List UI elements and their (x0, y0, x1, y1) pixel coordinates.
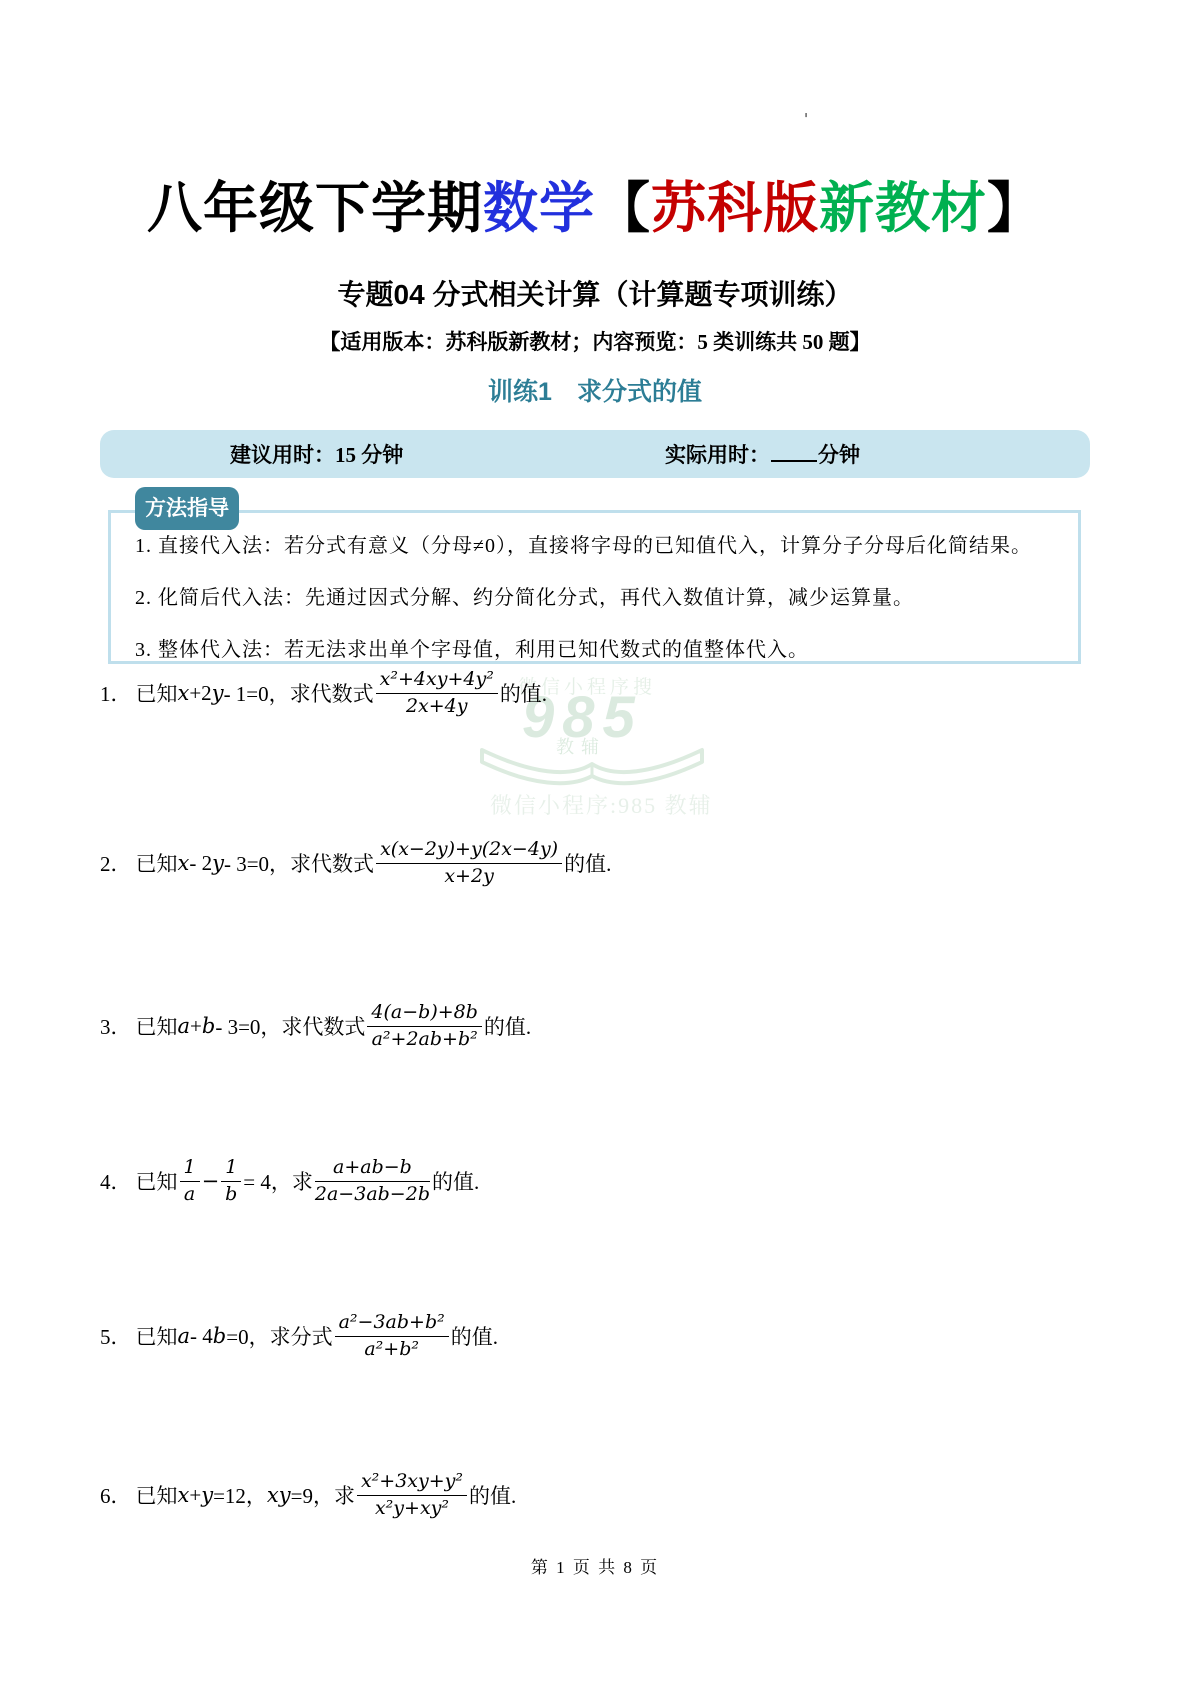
fraction-denominator: a²+b² (335, 1337, 449, 1362)
fraction: x²+4xy+4y²2x+4y (376, 668, 498, 719)
title-part: 苏科版 (651, 177, 819, 239)
book-icon (476, 742, 708, 793)
problem-text: 的值. (564, 848, 611, 878)
fraction-numerator: x²+4xy+4y² (376, 668, 498, 694)
document-title: 八年级下学期数学【苏科版新教材】 (0, 177, 1190, 239)
actual-time-prefix: 实际用时： (665, 443, 770, 467)
fraction: a²−3ab+b²a²+b² (335, 1311, 449, 1362)
math-expression: x (178, 851, 190, 875)
method-guide-box: 1. 直接代入法：若分式有意义（分母≠0），直接将字母的已知值代入，计算分子分母… (108, 510, 1081, 664)
method-guide-list: 1. 直接代入法：若分式有意义（分母≠0），直接将字母的已知值代入，计算分子分母… (135, 533, 1060, 663)
problem-text: 已知 (136, 678, 178, 708)
problem-number: 4． (100, 1166, 132, 1196)
fraction-numerator: 1 (180, 1156, 200, 1182)
problem-text: + (190, 1014, 202, 1039)
fraction-numerator: x(x−2y)+y(2x−4y) (376, 838, 562, 864)
title-part: 数学 (483, 177, 595, 239)
method-item: 3. 整体代入法：若无法求出单个字母值，利用已知代数式的值整体代入。 (135, 637, 1060, 663)
problem-text: +2 (189, 681, 211, 706)
fraction: 4(a−b)+8ba²+2ab+b² (367, 1001, 482, 1052)
problem-3: 3．已知 a+b - 3=0，求代数式4(a−b)+8ba²+2ab+b²的值. (100, 1001, 531, 1052)
topic-title: 专题04 分式相关计算（计算题专项训练） (0, 273, 1190, 313)
fraction-denominator: a²+2ab+b² (367, 1027, 482, 1052)
fraction-denominator: x²y+xy² (357, 1496, 467, 1521)
fraction: 1b (221, 1156, 241, 1207)
math-expression: − (202, 1169, 220, 1193)
problem-5: 5．已知 a - 4b=0，求分式a²−3ab+b²a²+b²的值. (100, 1311, 498, 1362)
math-expression: y (212, 681, 224, 705)
fraction-denominator: b (221, 1182, 241, 1207)
problem-text: 已知 (136, 848, 178, 878)
method-item: 2. 化简后代入法：先通过因式分解、约分简化分式，再代入数值计算，减少运算量。 (135, 585, 1060, 611)
suggested-time-label: 建议用时：15 分钟 (230, 439, 403, 469)
time-bar: 建议用时：15 分钟 实际用时：分钟 (100, 430, 1090, 478)
fraction: 1a (180, 1156, 200, 1207)
fraction-denominator: 2x+4y (376, 694, 498, 719)
math-expression: a (178, 1324, 191, 1348)
math-expression: x (178, 681, 190, 705)
problem-number: 1． (100, 678, 132, 708)
math-expression: a (178, 1014, 191, 1038)
fraction: x(x−2y)+y(2x−4y)x+2y (376, 838, 562, 889)
problem-text: 已知 (136, 1011, 178, 1041)
problem-text: 已知 (136, 1480, 178, 1510)
fraction-numerator: a²−3ab+b² (335, 1311, 449, 1337)
actual-time-suffix: 分钟 (818, 443, 860, 467)
math-expression: y (212, 851, 224, 875)
problem-text: =0，求分式 (226, 1321, 332, 1351)
problem-text: - 4 (190, 1324, 213, 1349)
problem-text: - 2 (189, 851, 212, 876)
problem-text: 的值. (484, 1011, 531, 1041)
method-guide-badge: 方法指导 (135, 487, 239, 530)
title-part: 】 (987, 177, 1043, 239)
problem-text: 已知 (136, 1321, 178, 1351)
problem-text: =9，求 (291, 1480, 355, 1510)
fraction-numerator: x²+3xy+y² (357, 1470, 467, 1496)
problem-2: 2．已知 x - 2y - 3=0，求代数式x(x−2y)+y(2x−4y)x+… (100, 838, 611, 889)
math-expression: y (201, 1483, 213, 1507)
stray-mark: ' (804, 110, 808, 128)
watermark-bottom-text: 微信小程序:985 教辅 (490, 789, 713, 820)
time-blank-line (771, 458, 817, 462)
problem-4: 4．已知1a − 1b = 4，求a+ab−b2a−3ab−2b的值. (100, 1156, 479, 1207)
problem-number: 6． (100, 1480, 132, 1510)
problem-text: - 1=0，求代数式 (224, 678, 374, 708)
page-footer: 第 1 页 共 8 页 (0, 1553, 1190, 1578)
math-expression: xy (267, 1483, 291, 1507)
problem-text: = 4，求 (243, 1166, 313, 1196)
problem-text: 已知 (136, 1166, 178, 1196)
title-part: 新教材 (819, 177, 987, 239)
title-part: 八年级下学期 (147, 177, 483, 239)
problem-text: =12， (213, 1480, 267, 1510)
actual-time-label: 实际用时：分钟 (665, 439, 860, 469)
problem-text: - 3=0，求代数式 (215, 1011, 365, 1041)
fraction: a+ab−b2a−3ab−2b (315, 1156, 430, 1207)
problem-number: 3． (100, 1011, 132, 1041)
fraction-numerator: 4(a−b)+8b (367, 1001, 482, 1027)
fraction-numerator: 1 (221, 1156, 241, 1182)
problem-text: + (189, 1483, 201, 1508)
problem-text: 的值. (451, 1321, 498, 1351)
math-expression: b (213, 1324, 226, 1348)
fraction-numerator: a+ab−b (315, 1156, 430, 1182)
fraction-denominator: 2a−3ab−2b (315, 1182, 430, 1207)
problem-text: - 3=0，求代数式 (224, 848, 374, 878)
fraction: x²+3xy+y²x²y+xy² (357, 1470, 467, 1521)
problem-1: 1．已知 x+2y - 1=0，求代数式x²+4xy+4y²2x+4y的值. (100, 668, 547, 719)
problem-text: 的值. (500, 678, 547, 708)
problem-text: 的值. (469, 1480, 516, 1510)
version-line: 【适用版本：苏科版新教材；内容预览：5 类训练共 50 题】 (0, 326, 1190, 356)
fraction-denominator: a (180, 1182, 200, 1207)
section-title: 训练1 求分式的值 (0, 372, 1190, 408)
problem-number: 2． (100, 848, 132, 878)
fraction-denominator: x+2y (376, 864, 562, 889)
problem-number: 5． (100, 1321, 132, 1351)
math-expression: x (178, 1483, 190, 1507)
title-part: 【 (595, 177, 651, 239)
math-expression: b (202, 1014, 215, 1038)
method-item: 1. 直接代入法：若分式有意义（分母≠0），直接将字母的已知值代入，计算分子分母… (135, 533, 1060, 559)
problem-6: 6．已知 x+y=12，xy=9，求x²+3xy+y²x²y+xy²的值. (100, 1470, 516, 1521)
problem-text: 的值. (432, 1166, 479, 1196)
